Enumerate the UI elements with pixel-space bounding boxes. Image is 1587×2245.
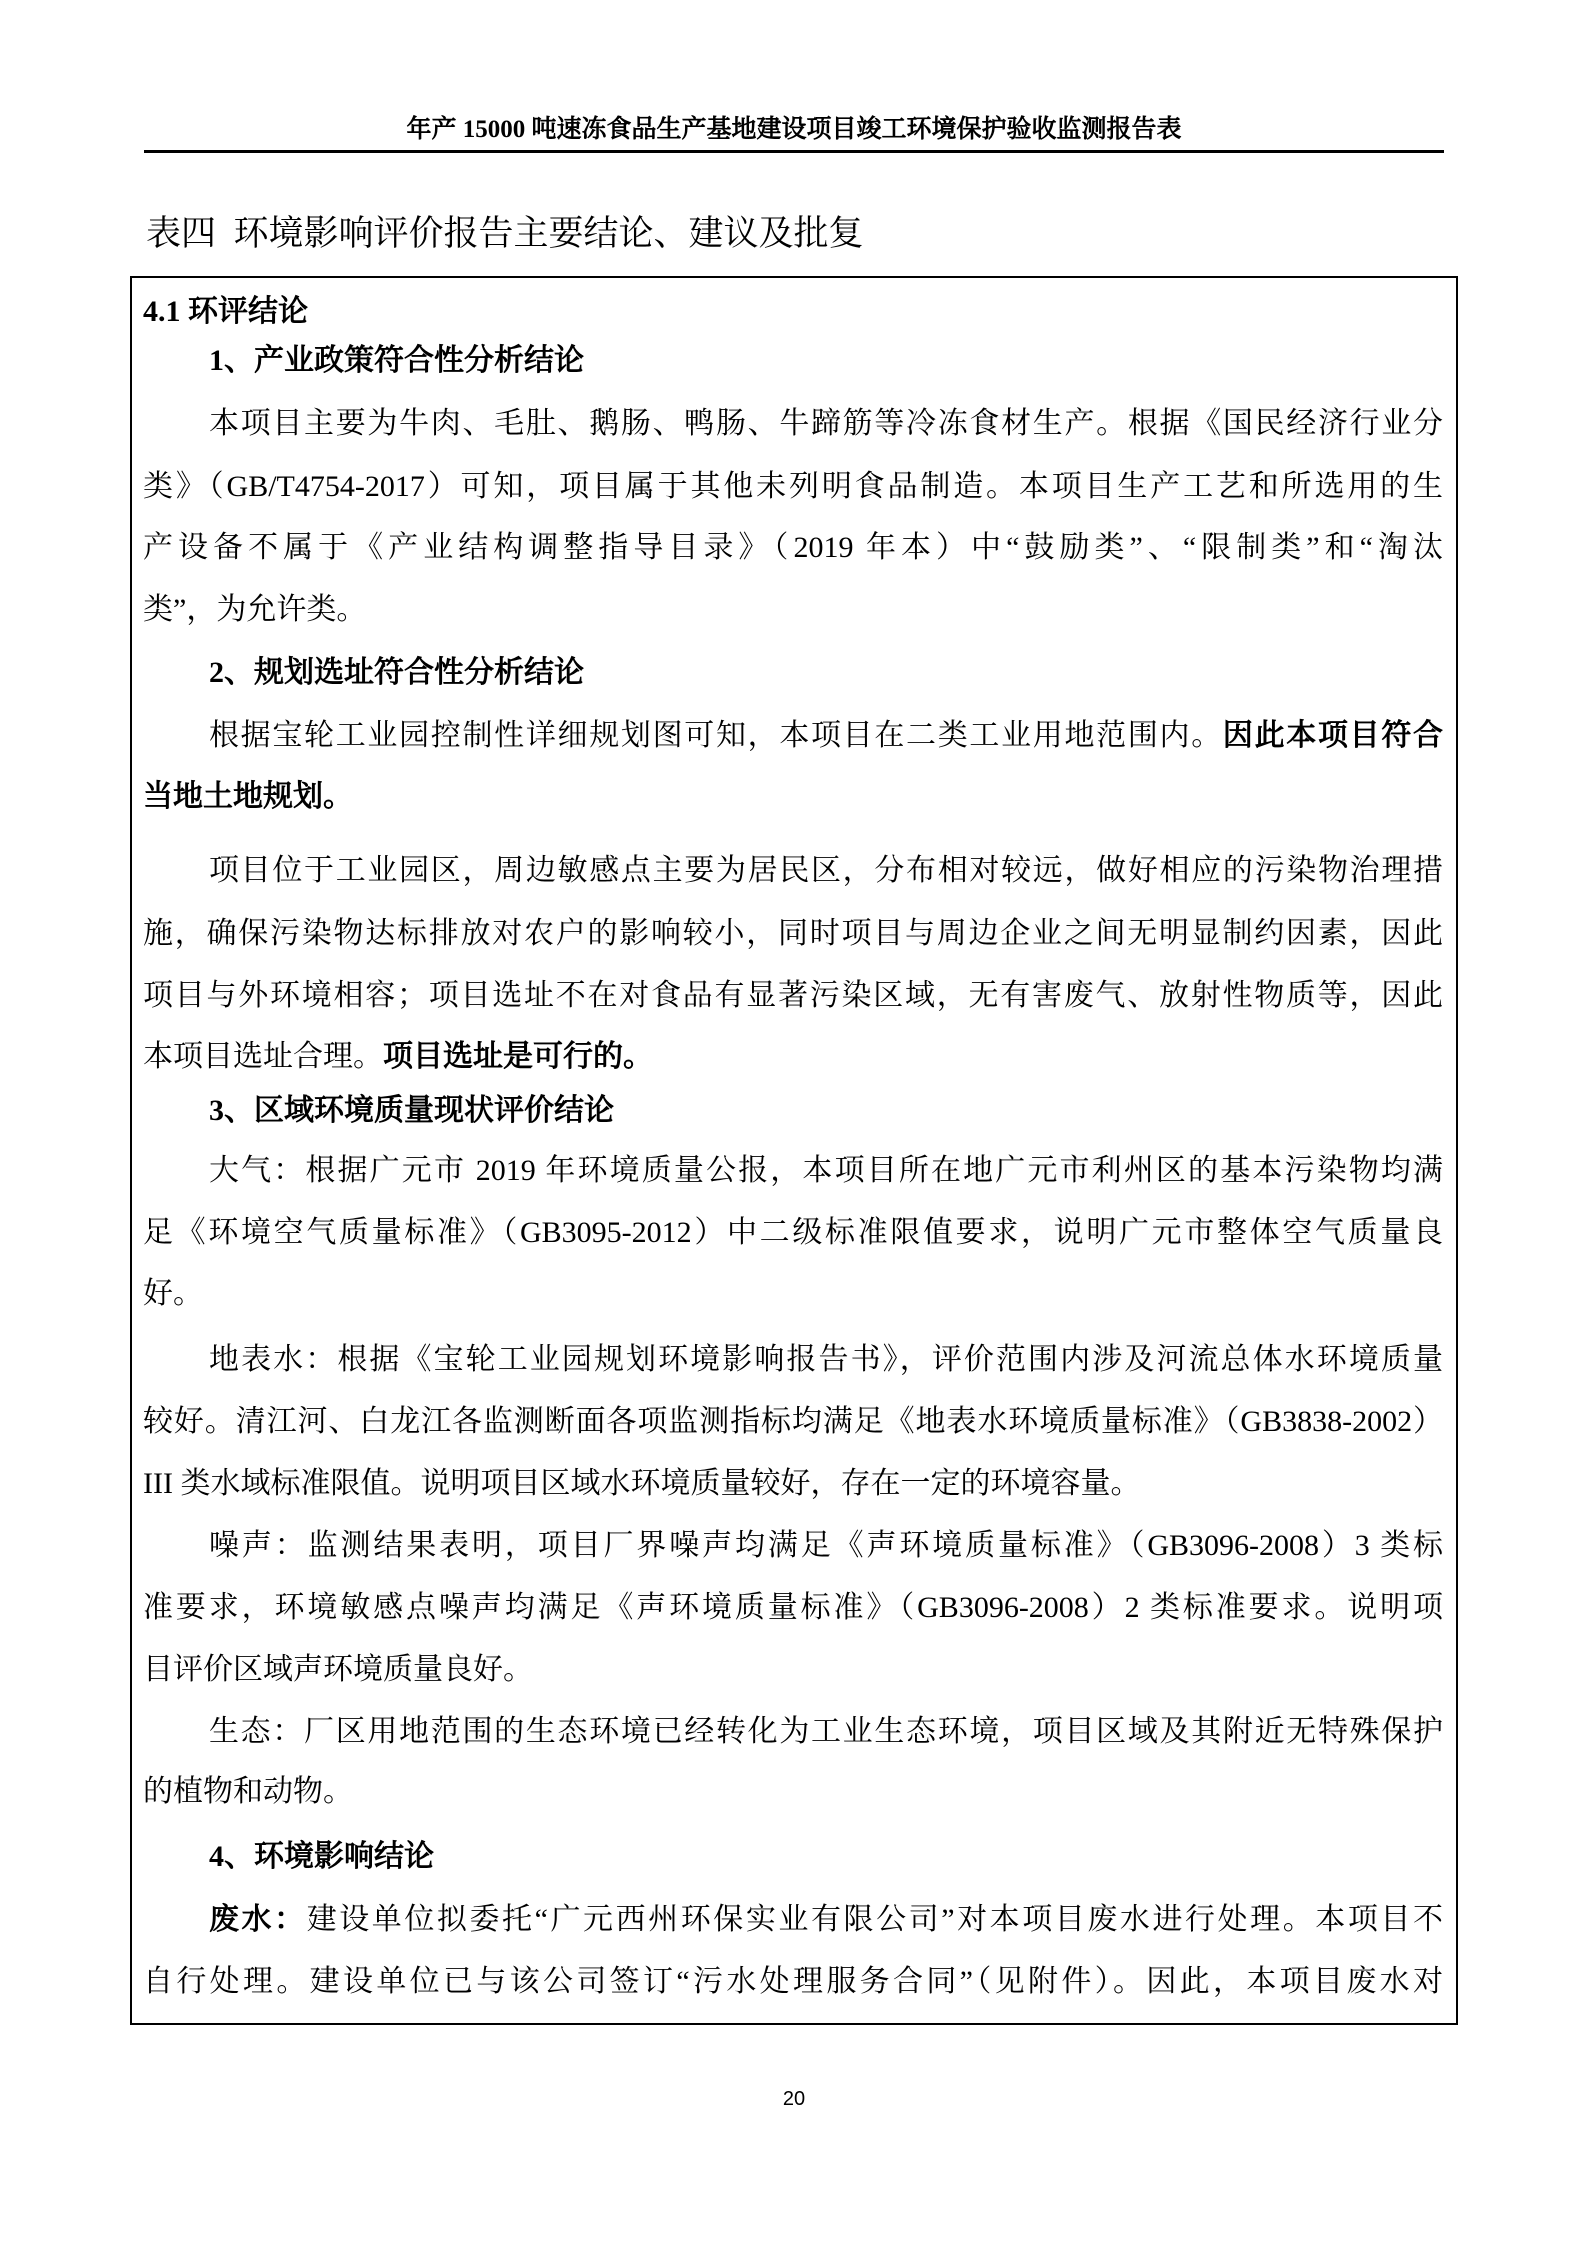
paragraph-line: 目评价区域声环境质量良好。 — [143, 1650, 1443, 1690]
text-segment: 建设单位拟委托“广元西州环保实业有限公司”对本项目废水进行处理。本项目不 — [307, 1903, 1443, 1936]
header-rule — [144, 150, 1444, 153]
running-header-title: 年产 15000 吨速冻食品生产基地建设项目竣工环境保护验收监测报告表 — [144, 115, 1444, 145]
emphasis-segment: 因此本项目符合 — [1223, 719, 1443, 752]
text-segment: 项目与外环境相容；项目选址不在对食品有显著污染区域，无有害废气、放射性物质等，因… — [143, 979, 1443, 1012]
paragraph-line: 生态：厂区用地范围的生态环境已经转化为工业生态环境，项目区域及其附近无特殊保护 — [209, 1712, 1443, 1752]
text-segment: 好。 — [143, 1277, 203, 1310]
text-segment: 目评价区域声环境质量良好。 — [143, 1653, 533, 1686]
emphasis-segment: 项目选址是可行的。 — [383, 1040, 653, 1073]
text-segment: 生态：厂区用地范围的生态环境已经转化为工业生态环境，项目区域及其附近无特殊保护 — [209, 1715, 1443, 1748]
text-segment: III 类水域标准限值。说明项目区域水环境质量较好，存在一定的环境容量。 — [143, 1467, 1140, 1500]
subsection-title: 4.1 环评结论 — [143, 292, 1443, 332]
text-segment: 类》（GB/T4754-2017）可知，项目属于其他未列明食品制造。本项目生产工… — [143, 470, 1443, 503]
paragraph-line: 本项目主要为牛肉、毛肚、鹅肠、鸭肠、牛蹄筋等冷冻食材生产。根据《国民经济行业分 — [209, 404, 1443, 444]
paragraph-line: 本项目选址合理。项目选址是可行的。 — [143, 1037, 1443, 1077]
page-number: 20 — [744, 2087, 844, 2111]
paragraph-line: 较好。清江河、白龙江各监测断面各项监测指标均满足《地表水环境质量标准》（GB38… — [143, 1402, 1443, 1442]
text-segment: 较好。清江河、白龙江各监测断面各项监测指标均满足《地表水环境质量标准》（GB38… — [143, 1405, 1443, 1438]
text-segment: 噪声：监测结果表明，项目厂界噪声均满足《声环境质量标准》（GB3096-2008… — [209, 1529, 1443, 1562]
paragraph-line: 项目位于工业园区，周边敏感点主要为居民区，分布相对较远，做好相应的污染物治理措 — [209, 851, 1443, 891]
section-heading-site-planning: 2、规划选址符合性分析结论 — [209, 653, 1443, 693]
paragraph-line: 根据宝轮工业园控制性详细规划图可知，本项目在二类工业用地范围内。因此本项目符合 — [209, 716, 1443, 756]
paragraph-line: III 类水域标准限值。说明项目区域水环境质量较好，存在一定的环境容量。 — [143, 1464, 1443, 1504]
section-heading-regional-environment: 3、区域环境质量现状评价结论 — [209, 1091, 1443, 1131]
section-heading-environmental-impact: 4、环境影响结论 — [209, 1837, 1443, 1877]
emphasis-segment: 废水： — [209, 1903, 307, 1936]
text-segment: 本项目主要为牛肉、毛肚、鹅肠、鸭肠、牛蹄筋等冷冻食材生产。根据《国民经济行业分 — [209, 407, 1443, 440]
paragraph-line: 大气：根据广元市 2019 年环境质量公报，本项目所在地广元市利州区的基本污染物… — [209, 1151, 1443, 1191]
text-segment: 项目位于工业园区，周边敏感点主要为居民区，分布相对较远，做好相应的污染物治理措 — [209, 854, 1443, 887]
paragraph-line: 类”，为允许类。 — [143, 590, 1443, 630]
paragraph-line: 准要求，环境敏感点噪声均满足《声环境质量标准》（GB3096-2008）2 类标… — [143, 1588, 1443, 1628]
emphasis-segment: 当地土地规划。 — [143, 780, 353, 813]
paragraph-line: 废水：建设单位拟委托“广元西州环保实业有限公司”对本项目废水进行处理。本项目不 — [209, 1900, 1443, 1940]
text-segment: 地表水：根据《宝轮工业园规划环境影响报告书》，评价范围内涉及河流总体水环境质量 — [209, 1343, 1443, 1376]
paragraph-line: 自行处理。建设单位已与该公司签订“污水处理服务合同”（见附件）。因此，本项目废水… — [143, 1962, 1443, 2002]
content-box: 4.1 环评结论 1、产业政策符合性分析结论 本项目主要为牛肉、毛肚、鹅肠、鸭肠… — [130, 276, 1458, 2025]
text-segment: 足《环境空气质量标准》（GB3095-2012）中二级标准限值要求，说明广元市整… — [143, 1216, 1443, 1249]
text-segment: 的植物和动物。 — [143, 1775, 353, 1808]
text-segment: 产设备不属于《产业结构调整指导目录》（2019 年本）中“鼓励类”、“限制类”和… — [143, 531, 1443, 564]
paragraph-line: 足《环境空气质量标准》（GB3095-2012）中二级标准限值要求，说明广元市整… — [143, 1213, 1443, 1253]
text-segment: 大气：根据广元市 2019 年环境质量公报，本项目所在地广元市利州区的基本污染物… — [209, 1154, 1443, 1187]
paragraph-line: 地表水：根据《宝轮工业园规划环境影响报告书》，评价范围内涉及河流总体水环境质量 — [209, 1340, 1443, 1380]
text-segment: 根据宝轮工业园控制性详细规划图可知，本项目在二类工业用地范围内。 — [209, 719, 1223, 752]
section-title: 表四 环境影响评价报告主要结论、建议及批复 — [146, 212, 864, 256]
paragraph-line: 当地土地规划。 — [143, 777, 1443, 817]
text-segment: 施，确保污染物达标排放对农户的影响较小，同时项目与周边企业之间无明显制约因素，因… — [143, 917, 1443, 950]
paragraph-line: 产设备不属于《产业结构调整指导目录》（2019 年本）中“鼓励类”、“限制类”和… — [143, 528, 1443, 568]
paragraph-line: 好。 — [143, 1274, 1443, 1314]
paragraph-line: 项目与外环境相容；项目选址不在对食品有显著污染区域，无有害废气、放射性物质等，因… — [143, 976, 1443, 1016]
text-segment: 类”，为允许类。 — [143, 593, 366, 626]
section-heading-industrial-policy: 1、产业政策符合性分析结论 — [209, 341, 1443, 381]
paragraph-line: 施，确保污染物达标排放对农户的影响较小，同时项目与周边企业之间无明显制约因素，因… — [143, 914, 1443, 954]
paragraph-line: 类》（GB/T4754-2017）可知，项目属于其他未列明食品制造。本项目生产工… — [143, 467, 1443, 507]
paragraph-line: 的植物和动物。 — [143, 1772, 1443, 1812]
paragraph-line: 噪声：监测结果表明，项目厂界噪声均满足《声环境质量标准》（GB3096-2008… — [209, 1526, 1443, 1566]
text-segment: 本项目选址合理。 — [143, 1040, 383, 1073]
text-segment: 准要求，环境敏感点噪声均满足《声环境质量标准》（GB3096-2008）2 类标… — [143, 1591, 1443, 1624]
text-segment: 自行处理。建设单位已与该公司签订“污水处理服务合同”（见附件）。因此，本项目废水… — [143, 1965, 1443, 1998]
